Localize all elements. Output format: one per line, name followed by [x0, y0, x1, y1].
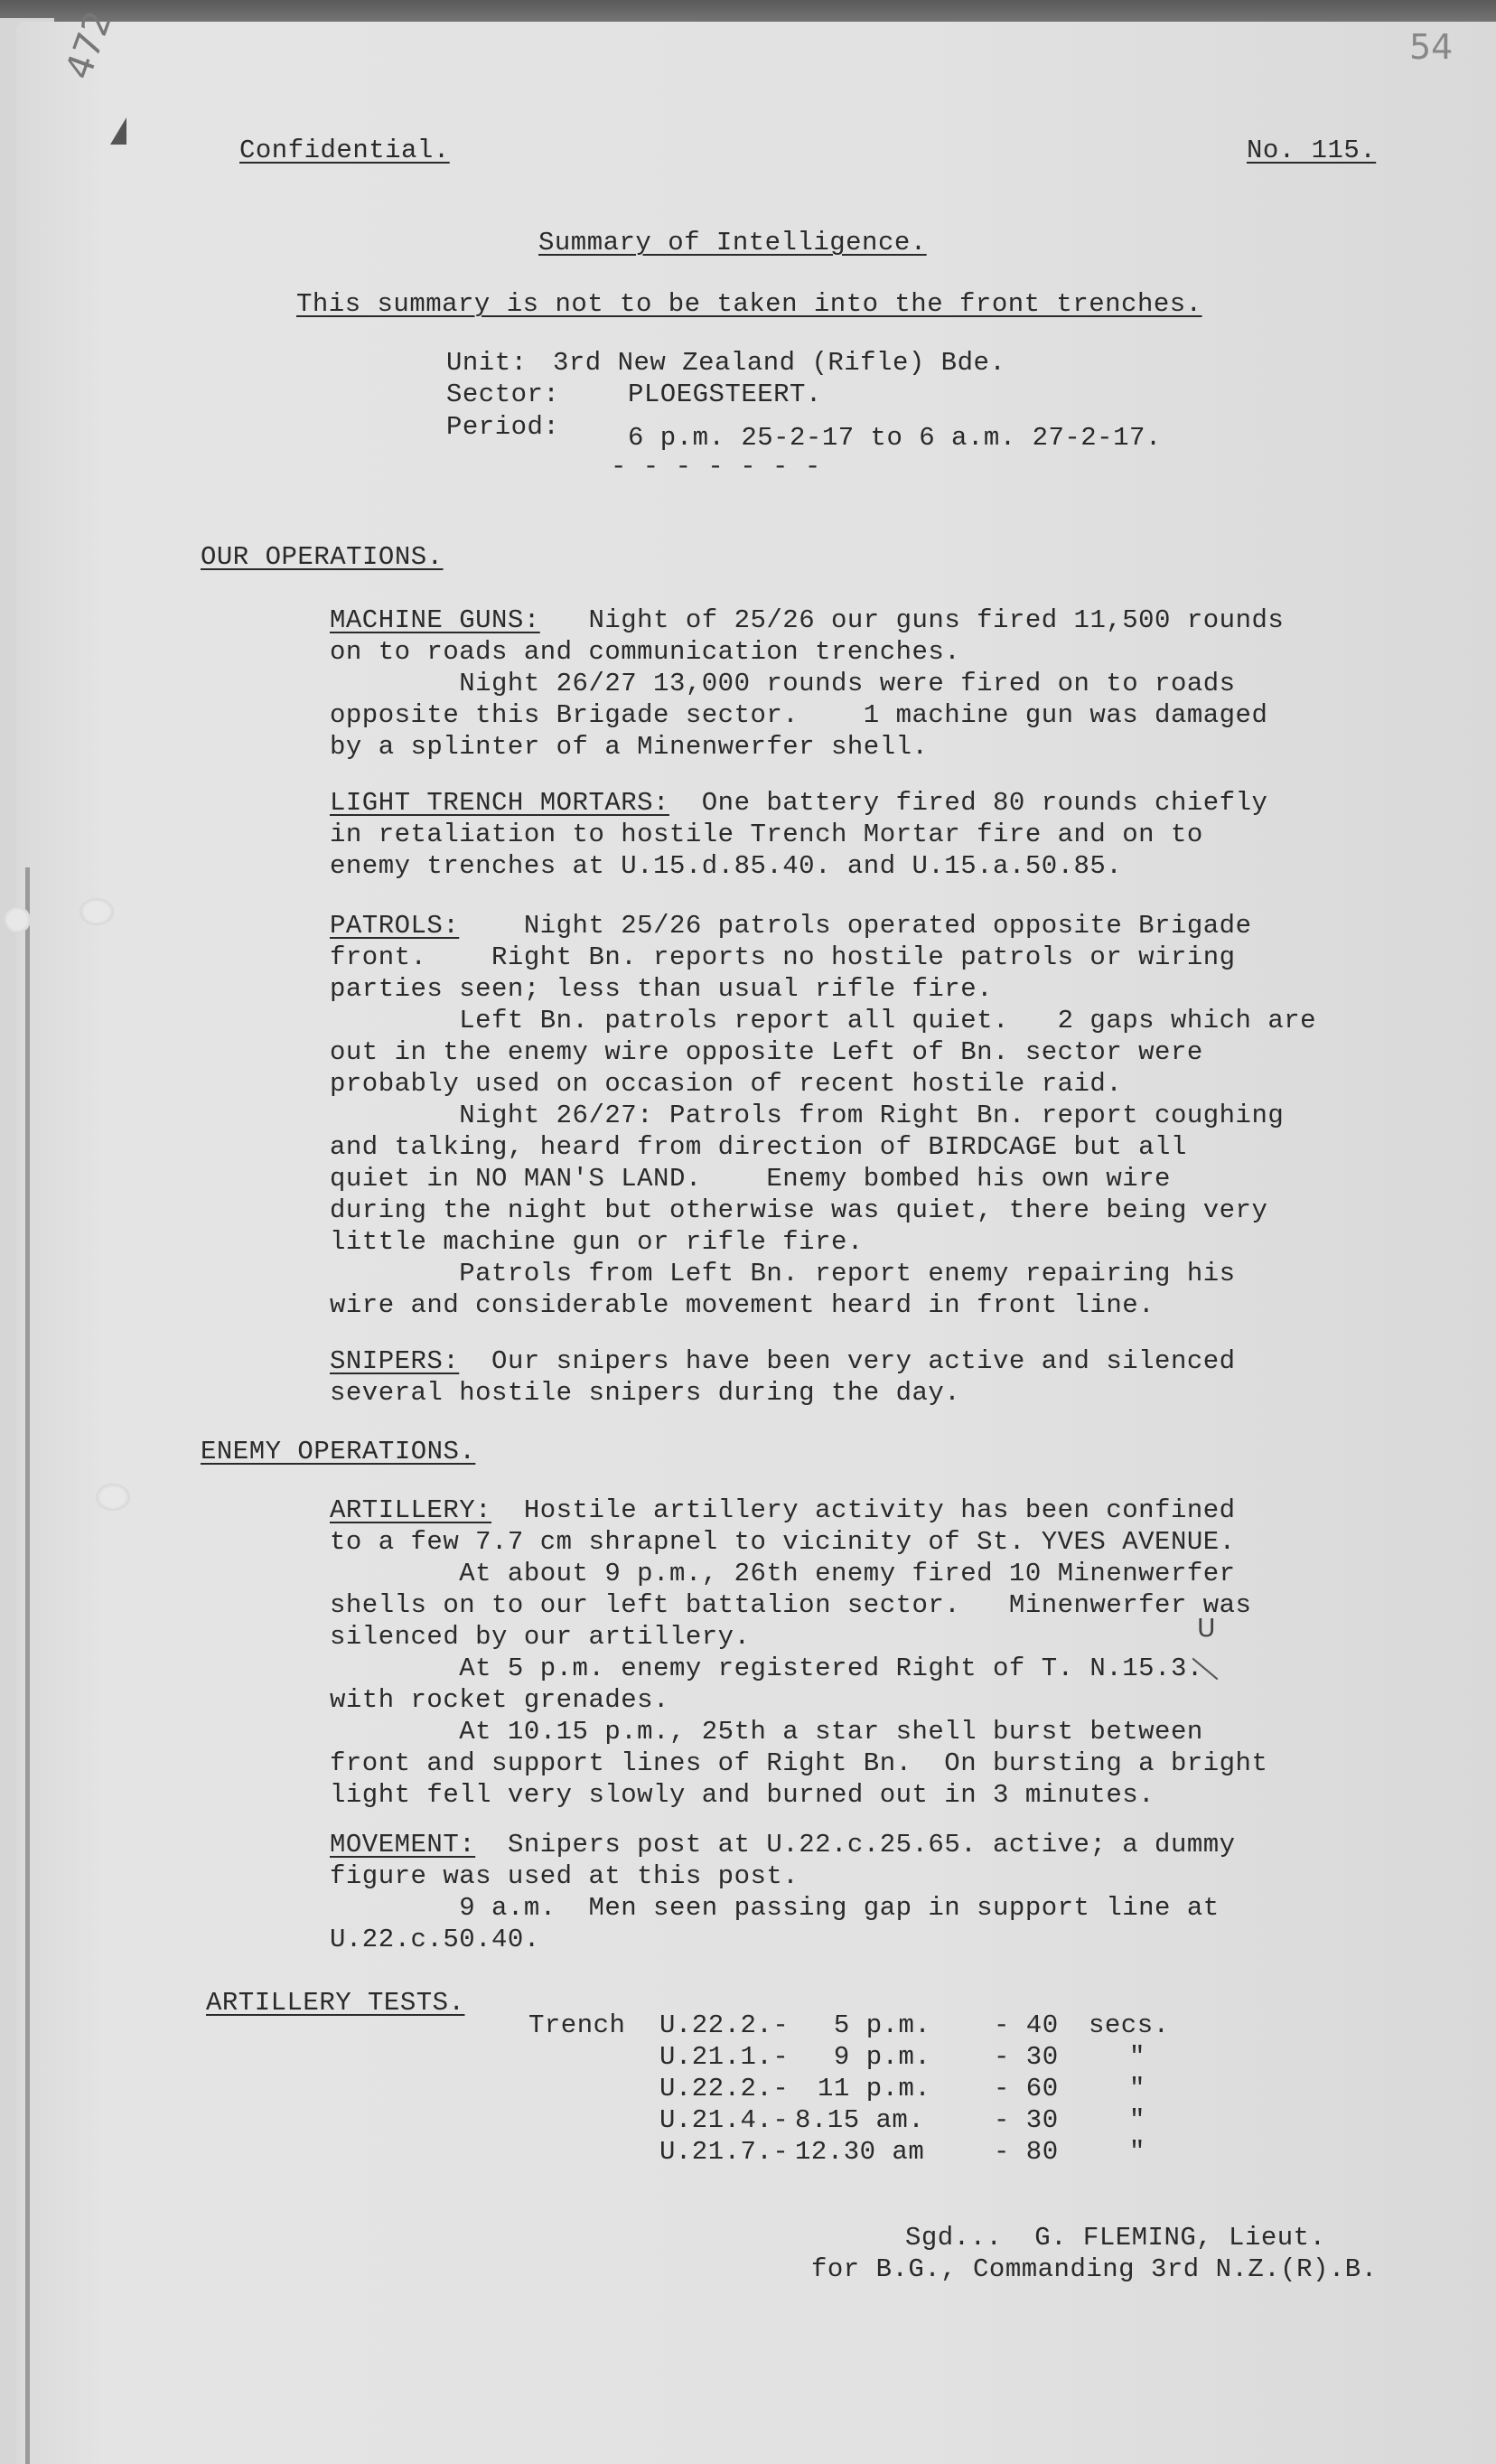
duration-cell: - 30 [994, 2105, 1059, 2135]
signature-line: Sgd... G. FLEMING, Lieut. [905, 2223, 1325, 2253]
trench-prefix: Trench [528, 2010, 625, 2040]
warning-notice: This summary is not to be taken into the… [296, 289, 1202, 319]
document-title: Summary of Intelligence. [538, 228, 927, 258]
text-line: Hostile artillery activity has been conf… [491, 1495, 1236, 1525]
text-line: Night 26/27 13,000 rounds were fired on … [330, 669, 1236, 698]
punch-hole-icon [96, 1484, 130, 1511]
text-line: with rocket grenades. [330, 1685, 669, 1715]
signature-authority: for B.G., Commanding 3rd N.Z.(R).B. [811, 2254, 1378, 2284]
text-line: front and support lines of Right Bn. On … [330, 1748, 1267, 1778]
text-line: quiet in NO MAN'S LAND. Enemy bombed his… [330, 1164, 1171, 1194]
separator-dashes: - - - - - - - [611, 452, 821, 482]
text-line: Our snipers have been very active and si… [459, 1346, 1235, 1376]
our-operations-heading: OUR OPERATIONS. [201, 542, 444, 572]
classification-label: Confidential. [239, 136, 450, 165]
text-line: Left Bn. patrols report all quiet. 2 gap… [330, 1006, 1316, 1035]
time-cell: 5 p.m. [818, 2010, 930, 2040]
period-value: 6 p.m. 25-2-17 to 6 a.m. 27-2-17. [628, 423, 1162, 453]
text-line: several hostile snipers during the day. [330, 1378, 960, 1408]
text-line: figure was used at this post. [330, 1861, 799, 1891]
time-cell: 11 p.m. [818, 2074, 930, 2103]
sector-label: Sector: [446, 379, 559, 409]
text-line: At 10.15 p.m., 25th a star shell burst b… [330, 1717, 1203, 1747]
trench-cell: U.21.7.- [659, 2137, 789, 2167]
time-cell: 12.30 am [795, 2137, 924, 2167]
handwritten-folio-right: 54 [1409, 27, 1453, 67]
handwritten-correction: U [1197, 1613, 1216, 1643]
text-line: Night 26/27: Patrols from Right Bn. repo… [330, 1101, 1284, 1130]
text-line: parties seen; less than usual rifle fire… [330, 974, 993, 1004]
text-line: At 5 p.m. enemy registered Right of T. N… [330, 1654, 1203, 1683]
text-line: wire and considerable movement heard in … [330, 1290, 1155, 1320]
text-line: Night 25/26 patrols operated opposite Br… [459, 911, 1251, 941]
period-label: Period: [446, 412, 559, 442]
text-line: opposite this Brigade sector. 1 machine … [330, 700, 1267, 730]
text-line: by a splinter of a Minenwerfer shell. [330, 732, 928, 762]
duration-cell: - 60 [994, 2074, 1059, 2103]
time-cell: 9 p.m. [818, 2042, 930, 2072]
snipers-label: SNIPERS: [330, 1346, 459, 1376]
text-line: and talking, heard from direction of BIR… [330, 1132, 1187, 1162]
duration-cell: - 30 [994, 2042, 1059, 2072]
text-line: front. Right Bn. reports no hostile patr… [330, 942, 1236, 972]
punch-hole-icon [4, 906, 31, 933]
text-line: out in the enemy wire opposite Left of B… [330, 1037, 1203, 1067]
patrols-label: PATROLS: [330, 911, 459, 941]
punch-hole-icon [79, 898, 114, 925]
text-line: in retaliation to hostile Trench Mortar … [330, 820, 1203, 849]
enemy-operations-heading: ENEMY OPERATIONS. [201, 1437, 475, 1466]
trench-cell: U.22.2.- [659, 2074, 789, 2103]
artillery-tests-heading: ARTILLERY TESTS. [206, 1988, 464, 2018]
text-line: Patrols from Left Bn. report enemy repai… [330, 1259, 1236, 1288]
text-line: One battery fired 80 rounds chiefly [669, 788, 1267, 818]
text-line: probably used on occasion of recent host… [330, 1069, 1122, 1099]
trench-cell: U.22.2.- [659, 2010, 789, 2040]
unit-value: 3rd New Zealand (Rifle) Bde. [553, 348, 1005, 378]
text-line: on to roads and communication trenches. [330, 637, 960, 667]
machine-guns-label: MACHINE GUNS: [330, 605, 540, 635]
text-line: U.22.c.50.40. [330, 1925, 540, 1954]
trench-cell: U.21.4.- [659, 2105, 789, 2135]
text-line: At about 9 p.m., 26th enemy fired 10 Min… [330, 1559, 1236, 1588]
text-line: Night of 25/26 our guns fired 11,500 rou… [540, 605, 1285, 635]
sector-value: PLOEGSTEERT. [628, 379, 822, 409]
light-trench-mortars-label: LIGHT TRENCH MORTARS: [330, 788, 669, 818]
text-line: shells on to our left battalion sector. … [330, 1590, 1251, 1620]
text-line: to a few 7.7 cm shrapnel to vicinity of … [330, 1527, 1236, 1557]
duration-cell: - 40 [994, 2010, 1059, 2040]
text-line: little machine gun or rifle fire. [330, 1227, 864, 1257]
unit-cell: secs. [1089, 2010, 1170, 2040]
unit-cell: " [1129, 2074, 1145, 2103]
duration-cell: - 80 [994, 2137, 1059, 2167]
text-line: 9 a.m. Men seen passing gap in support l… [330, 1893, 1220, 1923]
artillery-label: ARTILLERY: [330, 1495, 491, 1525]
text-line: silenced by our artillery. [330, 1622, 750, 1652]
unit-cell: " [1129, 2042, 1145, 2072]
text-line: enemy trenches at U.15.d.85.40. and U.15… [330, 851, 1122, 881]
unit-cell: " [1129, 2105, 1145, 2135]
unit-label: Unit: [446, 348, 528, 378]
sheet-edge [25, 867, 30, 2464]
tear-mark-icon [110, 117, 126, 145]
movement-label: MOVEMENT: [330, 1830, 475, 1860]
text-line: light fell very slowly and burned out in… [330, 1780, 1155, 1810]
text-line: Snipers post at U.22.c.25.65. active; a … [475, 1830, 1235, 1860]
trench-cell: U.21.1.- [659, 2042, 789, 2072]
unit-cell: " [1129, 2137, 1145, 2167]
time-cell: 8.15 am. [795, 2105, 924, 2135]
document-number: No. 115. [1247, 136, 1376, 165]
text-line: during the night but otherwise was quiet… [330, 1195, 1267, 1225]
